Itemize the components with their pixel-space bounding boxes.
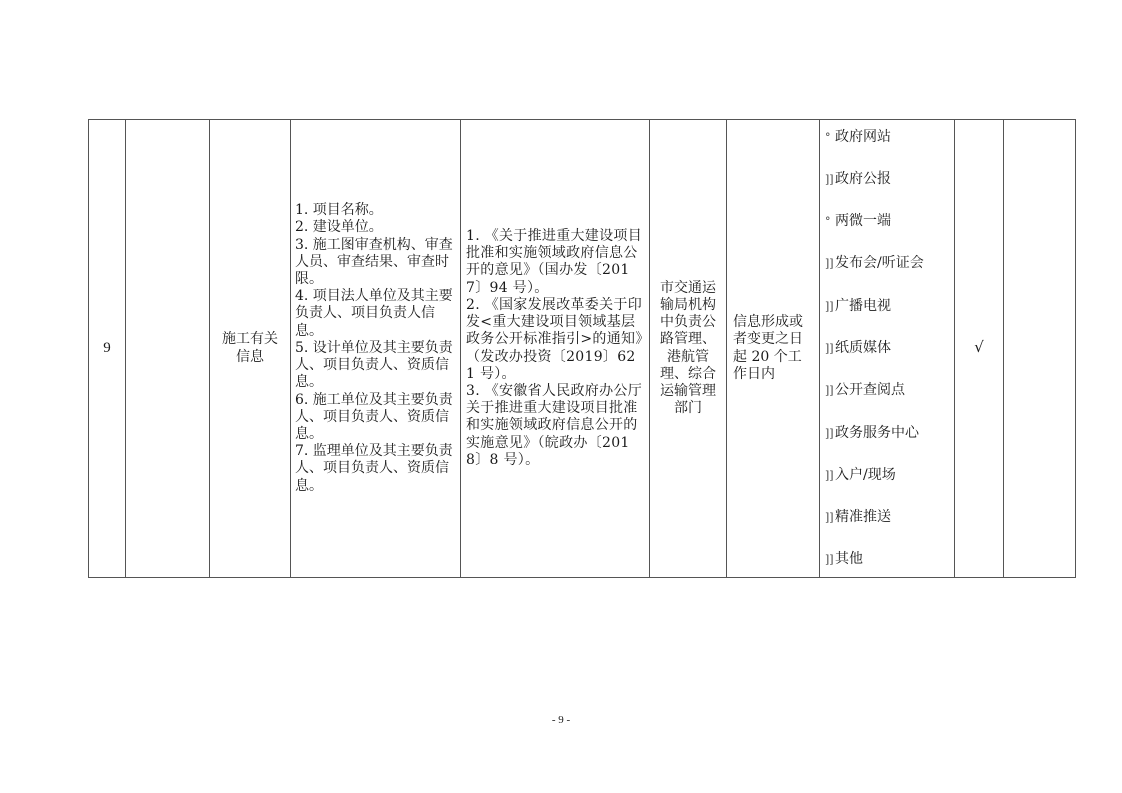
basis-item: 1. 《关于推进重大建设项目批准和实施领域政府信息公开的意见》（国办发〔2017…	[466, 228, 644, 297]
content-list: 1. 项目名称。 2. 建设单位。 3. 施工图审查机构、审查人员、审查结果、审…	[295, 202, 456, 494]
checkbox-icon: ]]	[825, 298, 835, 315]
basis-list: 1. 《关于推进重大建设项目批准和实施领域政府信息公开的意见》（国办发〔2017…	[466, 228, 644, 469]
channel-label: 两微一端	[835, 213, 891, 229]
channel-option-print-media[interactable]: ]]纸质媒体	[825, 340, 949, 357]
content-item: 1. 项目名称。	[295, 202, 456, 219]
channel-label: 发布会/听证会	[835, 255, 924, 271]
channel-label: 公开查阅点	[835, 382, 905, 398]
row-number-cell: 9	[89, 120, 126, 578]
checkbox-icon: ]]	[825, 425, 835, 442]
checkbox-icon: ]]	[825, 467, 835, 484]
channel-label: 广播电视	[835, 298, 891, 314]
channel-option-gov-website[interactable]: °政府网站	[825, 129, 949, 146]
channel-label: 纸质媒体	[835, 340, 891, 356]
channel-label: 政府网站	[835, 129, 891, 145]
table-row: 9 施工有关信息 1. 项目名称。 2. 建设单位。 3. 施工图审查机构、审查…	[89, 120, 1076, 578]
content-item: 3. 施工图审查机构、审查人员、审查结果、审查时限。	[295, 237, 456, 289]
check-mark-icon: √	[974, 338, 984, 356]
basis-cell: 1. 《关于推进重大建设项目批准和实施领域政府信息公开的意见》（国办发〔2017…	[461, 120, 650, 578]
selected-marker-icon: °	[825, 213, 835, 230]
channel-label: 政务服务中心	[835, 425, 919, 441]
basis-item: 2. 《国家发展改革委关于印发<重大建设项目领域基层政务公开标准指引>的通知》（…	[466, 297, 644, 383]
department-text: 市交通运输局机构中负责公路管理、港航管理、综合运输管理部门	[657, 280, 719, 418]
channel-option-gov-gazette[interactable]: ]]政府公报	[825, 171, 949, 188]
department-cell: 市交通运输局机构中负责公路管理、港航管理、综合运输管理部门	[650, 120, 727, 578]
channel-option-household-onsite[interactable]: ]]入户/现场	[825, 467, 949, 484]
checkbox-icon: ]]	[825, 382, 835, 399]
content-item: 5. 设计单位及其主要负责人、项目负责人、资质信息。	[295, 340, 456, 392]
channel-option-precise-push[interactable]: ]]精准推送	[825, 509, 949, 526]
channel-label: 精准推送	[835, 509, 891, 525]
content-item: 2. 建设单位。	[295, 219, 456, 236]
category-text: 施工有关信息	[217, 331, 283, 365]
content-item: 7. 监理单位及其主要负责人、项目负责人、资质信息。	[295, 443, 456, 495]
checkbox-icon: ]]	[825, 509, 835, 526]
channel-option-press-hearing[interactable]: ]]发布会/听证会	[825, 255, 949, 272]
checkbox-icon: ]]	[825, 340, 835, 357]
category-cell: 施工有关信息	[210, 120, 291, 578]
channel-option-public-reading-point[interactable]: ]]公开查阅点	[825, 382, 949, 399]
channels-cell: °政府网站 ]]政府公报 °两微一端 ]]发布会/听证会 ]]广播电视 ]]纸质…	[820, 120, 955, 578]
channel-label: 其他	[835, 551, 863, 567]
channel-option-two-micro-one-end[interactable]: °两微一端	[825, 213, 949, 230]
basis-item: 3. 《安徽省人民政府办公厅关于推进重大建设项目批准和实施领域政府信息公开的实施…	[466, 383, 644, 469]
page-number: - 9 -	[0, 714, 1122, 726]
content-item: 4. 项目法人单位及其主要负责人、项目负责人信息。	[295, 288, 456, 340]
time-limit-cell: 信息形成或者变更之日起 20 个工作日内	[727, 120, 820, 578]
content-item: 6. 施工单位及其主要负责人、项目负责人、资质信息。	[295, 392, 456, 444]
disclosure-table: 9 施工有关信息 1. 项目名称。 2. 建设单位。 3. 施工图审查机构、审查…	[88, 119, 1076, 578]
channel-option-broadcast-tv[interactable]: ]]广播电视	[825, 298, 949, 315]
selected-marker-icon: °	[825, 129, 835, 146]
channel-label: 政府公报	[835, 171, 891, 187]
check-cell: √	[955, 120, 1004, 578]
time-limit-text: 信息形成或者变更之日起 20 个工作日内	[733, 314, 803, 382]
channel-label: 入户/现场	[835, 467, 896, 483]
blank-cell-2	[1004, 120, 1076, 578]
blank-cell-1	[126, 120, 210, 578]
checkbox-icon: ]]	[825, 171, 835, 188]
channel-option-other[interactable]: ]]其他	[825, 551, 949, 568]
checkbox-icon: ]]	[825, 551, 835, 568]
content-cell: 1. 项目名称。 2. 建设单位。 3. 施工图审查机构、审查人员、审查结果、审…	[291, 120, 461, 578]
channel-option-service-center[interactable]: ]]政务服务中心	[825, 425, 949, 442]
channels-list: °政府网站 ]]政府公报 °两微一端 ]]发布会/听证会 ]]广播电视 ]]纸质…	[825, 125, 949, 573]
checkbox-icon: ]]	[825, 255, 835, 272]
row-number: 9	[103, 340, 111, 356]
